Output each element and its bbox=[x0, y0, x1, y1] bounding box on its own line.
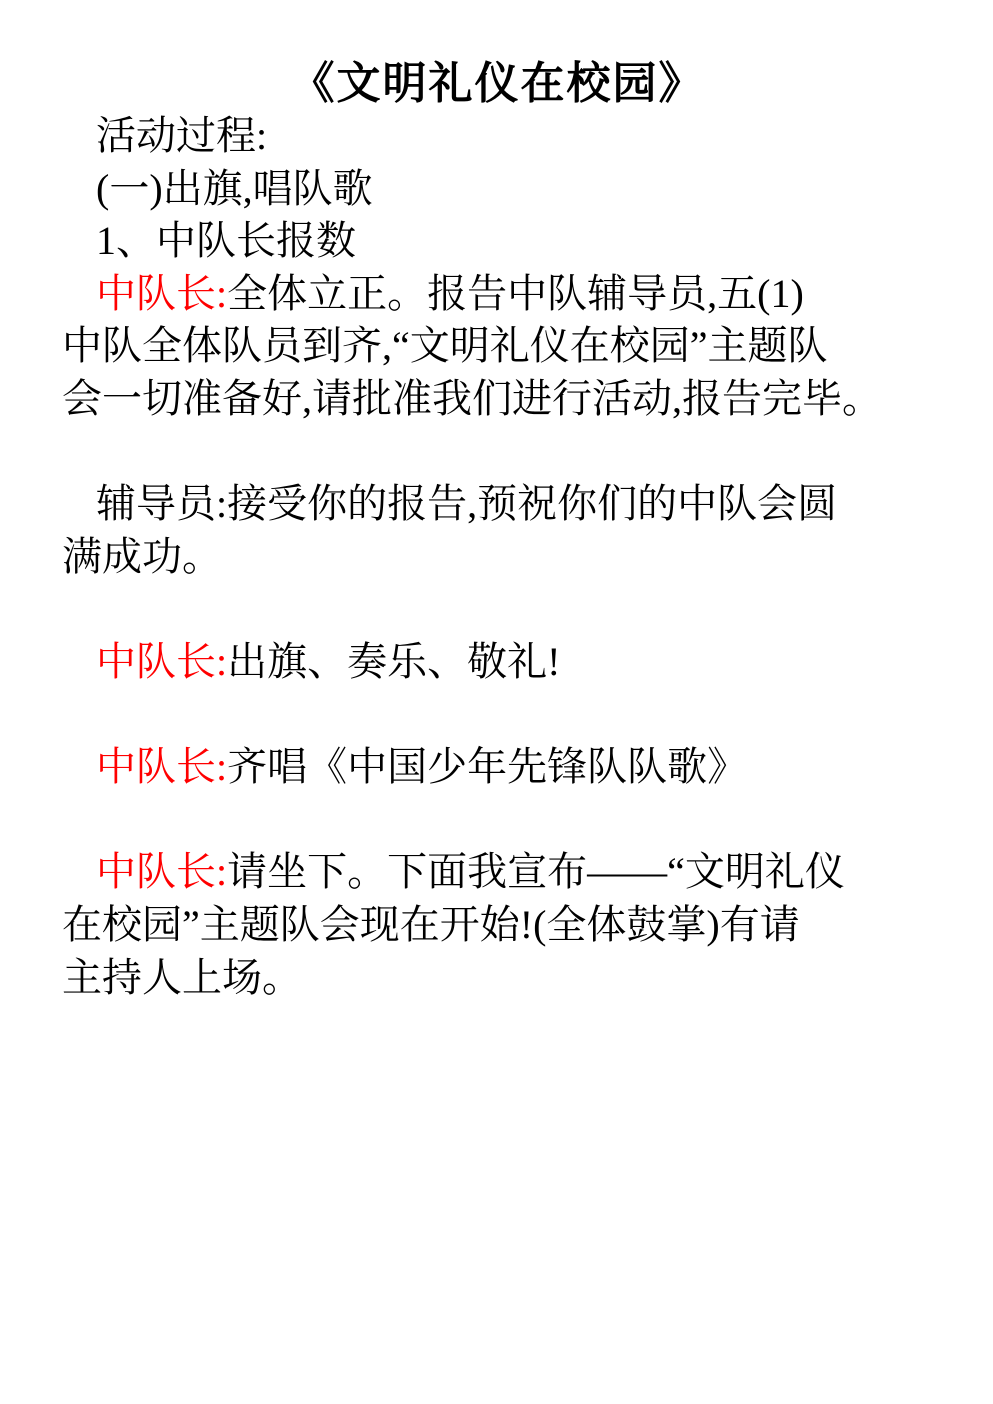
line-text: 出旗、奏乐、敬礼! bbox=[227, 639, 560, 684]
line-text: 满成功。 bbox=[62, 534, 222, 579]
line-text: 请坐下。下面我宣布——“文明礼仪 bbox=[227, 849, 845, 894]
speaker-label: 中队长: bbox=[96, 849, 227, 894]
text-line: 中队全体队员到齐,“文明礼仪在校园”主题队 bbox=[62, 320, 933, 373]
speaker-label: 中队长: bbox=[96, 639, 227, 684]
line-text: 在校园”主题队会现在开始!(全体鼓掌)有请 bbox=[62, 902, 800, 947]
line-text: 齐唱《中国少年先锋队队歌》 bbox=[227, 744, 747, 789]
text-line: 在校园”主题队会现在开始!(全体鼓掌)有请 bbox=[62, 899, 933, 952]
document-title: 《文明礼仪在校园》 bbox=[62, 57, 933, 110]
speaker-label: 辅导员: bbox=[96, 481, 227, 526]
line-text: 接受你的报告,预祝你们的中队会圆 bbox=[227, 481, 837, 526]
line-text: 会一切准备好,请批准我们进行活动,报告完毕。 bbox=[62, 376, 882, 421]
text-line: 辅导员:接受你的报告,预祝你们的中队会圆 bbox=[62, 478, 933, 531]
blank-line bbox=[62, 426, 933, 479]
text-line: 中队长:齐唱《中国少年先锋队队歌》 bbox=[62, 741, 933, 794]
text-line: 中队长:全体立正。报告中队辅导员,五(1) bbox=[62, 268, 933, 321]
line-text: 1、中队长报数 bbox=[96, 218, 356, 263]
text-line: 会一切准备好,请批准我们进行活动,报告完毕。 bbox=[62, 373, 933, 426]
line-text: 主持人上场。 bbox=[62, 955, 302, 1000]
document-body: 活动过程:(一)出旗,唱队歌1、中队长报数中队长:全体立正。报告中队辅导员,五(… bbox=[62, 110, 933, 1004]
blank-line bbox=[62, 583, 933, 636]
line-text: 活动过程: bbox=[96, 113, 267, 158]
line-text: 中队全体队员到齐,“文明礼仪在校园”主题队 bbox=[62, 323, 828, 368]
line-text: 全体立正。报告中队辅导员,五(1) bbox=[227, 271, 804, 316]
line-text: (一)出旗,唱队歌 bbox=[96, 166, 373, 211]
blank-line bbox=[62, 794, 933, 847]
text-line: 活动过程: bbox=[62, 110, 933, 163]
text-line: 中队长:出旗、奏乐、敬礼! bbox=[62, 636, 933, 689]
speaker-label: 中队长: bbox=[96, 271, 227, 316]
text-line: 中队长:请坐下。下面我宣布——“文明礼仪 bbox=[62, 846, 933, 899]
speaker-label: 中队长: bbox=[96, 744, 227, 789]
text-line: (一)出旗,唱队歌 bbox=[62, 163, 933, 216]
text-line: 满成功。 bbox=[62, 531, 933, 584]
text-line: 主持人上场。 bbox=[62, 952, 933, 1005]
document-page: 《文明礼仪在校园》 活动过程:(一)出旗,唱队歌1、中队长报数中队长:全体立正。… bbox=[0, 0, 993, 1404]
text-line: 1、中队长报数 bbox=[62, 215, 933, 268]
blank-line bbox=[62, 689, 933, 742]
